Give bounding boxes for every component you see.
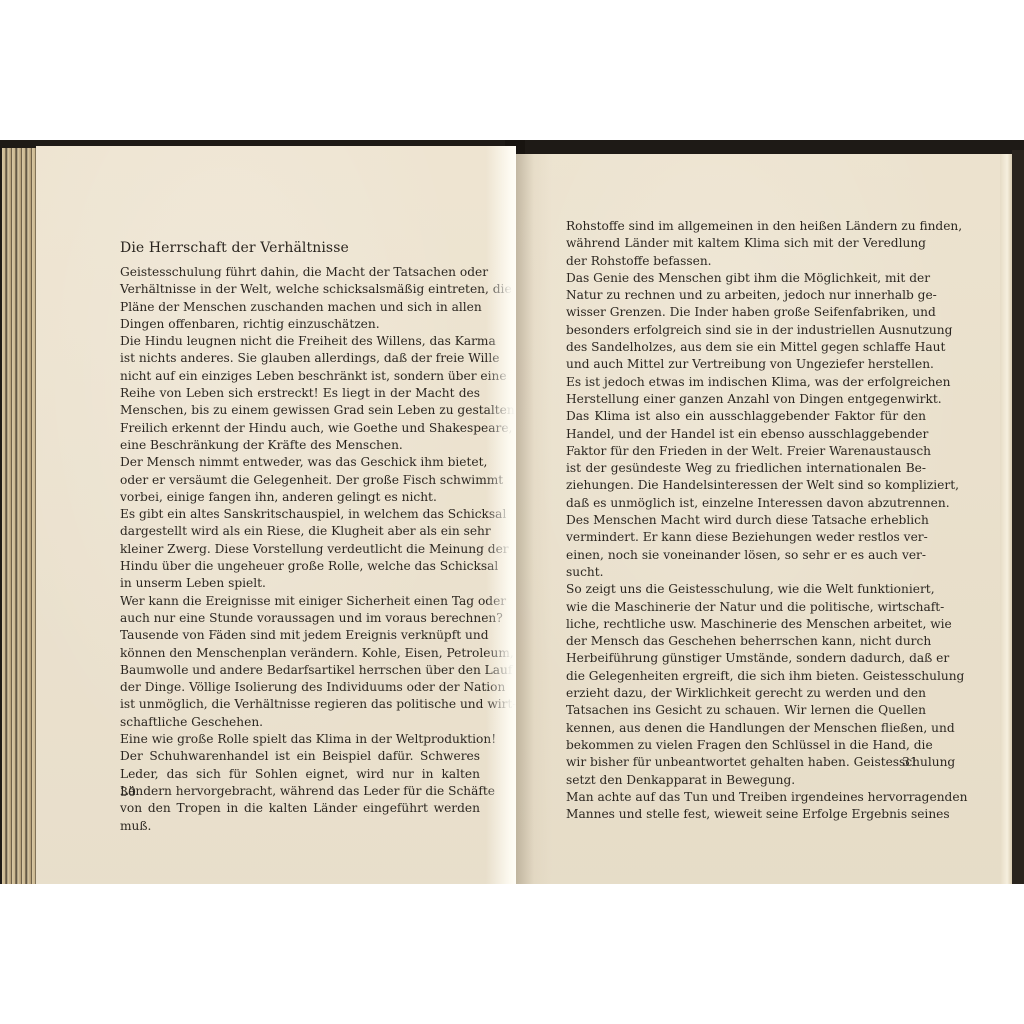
left-page: Die Herrschaft der Verhältnisse Geistess… [36,146,516,884]
paragraph: So zeigt uns die Geistesschulung, wie di… [566,581,926,789]
text-line: Hindu über die ungeheuer große Rolle, we… [120,558,480,575]
text-line: muß. [120,818,480,835]
text-line: sucht. [566,564,926,581]
page-number-left: 30 [120,784,136,799]
text-line: liche, rechtliche usw. Maschinerie des M… [566,616,926,633]
text-line: Baumwolle und andere Bedarfsartikel herr… [120,662,480,679]
text-line: Tatsachen ins Gesicht zu schauen. Wir le… [566,702,926,719]
text-line: vorbei, einige fangen ihn, anderen gelin… [120,489,480,506]
text-line: wir bisher für unbeantwortet gehalten ha… [566,754,926,771]
page-edges-left [2,148,36,884]
text-line: Es ist jedoch etwas im indischen Klima, … [566,374,926,391]
text-line: So zeigt uns die Geistesschulung, wie di… [566,581,926,598]
paragraph: Es gibt ein altes Sanskritschauspiel, in… [120,506,480,592]
text-line: bekommen zu vielen Fragen den Schlüssel … [566,737,926,754]
text-line: Der Schuhwarenhandel ist ein Beispiel da… [120,748,480,765]
text-line: Geistesschulung führt dahin, die Macht d… [120,264,480,281]
text-line: Natur zu rechnen und zu arbeiten, jedoch… [566,287,926,304]
text-line: Wer kann die Ereignisse mit einiger Sich… [120,593,480,610]
text-line: Eine wie große Rolle spielt das Klima in… [120,731,480,748]
page-number-right: 31 [902,754,918,769]
text-line: Des Menschen Macht wird durch diese Tats… [566,512,926,529]
text-line: Reihe von Leben sich erstreckt! Es liegt… [120,385,480,402]
text-line: wisser Grenzen. Die Inder haben große Se… [566,304,926,321]
chapter-heading: Die Herrschaft der Verhältnisse [120,238,480,258]
text-line: Herstellung einer ganzen Anzahl von Ding… [566,391,926,408]
text-line: können den Menschenplan verändern. Kohle… [120,645,480,662]
text-line: Der Mensch nimmt entweder, was das Gesch… [120,454,480,471]
paragraph: Geistesschulung führt dahin, die Macht d… [120,264,480,333]
text-line: daß es unmöglich ist, einzelne Interesse… [566,495,926,512]
text-line: kleiner Zwerg. Diese Vorstellung verdeut… [120,541,480,558]
text-line: wie die Maschinerie der Natur und die po… [566,599,926,616]
text-line: Das Genie des Menschen gibt ihm die Mögl… [566,270,926,287]
paragraph: Der Mensch nimmt entweder, was das Gesch… [120,454,480,506]
text-line: ziehungen. Die Handelsinteressen der Wel… [566,477,926,494]
text-line: Faktor für den Frieden in der Welt. Frei… [566,443,926,460]
paragraph: Das Genie des Menschen gibt ihm die Mögl… [566,270,926,581]
text-line: Die Hindu leugnen nicht die Freiheit des… [120,333,480,350]
text-line: Man achte auf das Tun und Treiben irgend… [566,789,926,806]
text-line: ist unmöglich, die Verhältnisse regieren… [120,696,480,713]
right-page-text: Rohstoffe sind im allgemeinen in den hei… [566,218,926,823]
paragraph: Man achte auf das Tun und Treiben irgend… [566,789,926,824]
text-line: vermindert. Er kann diese Beziehungen we… [566,529,926,546]
text-line: Dingen offenbaren, richtig einzuschätzen… [120,316,480,333]
text-line: Leder, das sich für Sohlen eignet, wird … [120,766,480,783]
text-line: die Gelegenheiten ergreift, die sich ihm… [566,668,926,685]
text-line: auch nur eine Stunde voraussagen und im … [120,610,480,627]
text-line: Handel, und der Handel ist ein ebenso au… [566,426,926,443]
text-line: der Dinge. Völlige Isolierung des Indivi… [120,679,480,696]
text-line: der Mensch das Geschehen beherrschen kan… [566,633,926,650]
page-edge-right [1012,150,1024,884]
text-line: des Sandelholzes, aus dem sie ein Mittel… [566,339,926,356]
text-line: erzieht dazu, der Wirklichkeit gerecht z… [566,685,926,702]
paragraph: Die Hindu leugnen nicht die Freiheit des… [120,333,480,454]
text-line: Rohstoffe sind im allgemeinen in den hei… [566,218,926,235]
text-line: Freilich erkennt der Hindu auch, wie Goe… [120,420,480,437]
text-line: Das Klima ist also ein ausschlaggebender… [566,408,926,425]
text-line: Verhältnisse in der Welt, welche schicks… [120,281,480,298]
text-line: Es gibt ein altes Sanskritschauspiel, in… [120,506,480,523]
left-page-text: Die Herrschaft der Verhältnisse Geistess… [120,238,480,835]
text-line: einen, noch sie voneinander lösen, so se… [566,547,926,564]
text-line: ist der gesündeste Weg zu friedlichen in… [566,460,926,477]
text-line: während Länder mit kaltem Klima sich mit… [566,235,926,252]
text-line: und auch Mittel zur Vertreibung von Unge… [566,356,926,373]
paragraph: Rohstoffe sind im allgemeinen in den hei… [566,218,926,270]
text-line: ist nichts anderes. Sie glauben allerdin… [120,350,480,367]
text-line: besonders erfolgreich sind sie in der in… [566,322,926,339]
left-paragraphs: Geistesschulung führt dahin, die Macht d… [120,264,480,835]
right-page: Rohstoffe sind im allgemeinen in den hei… [516,154,1012,884]
text-line: schaftliche Geschehen. [120,714,480,731]
text-line: Herbeiführung günstiger Umstände, sonder… [566,650,926,667]
text-line: dargestellt wird als ein Riese, die Klug… [120,523,480,540]
text-line: kennen, aus denen die Handlungen der Men… [566,720,926,737]
text-line: Mannes und stelle fest, wieweit seine Er… [566,806,926,823]
text-line: Pläne der Menschen zuschanden machen und… [120,299,480,316]
text-line: von den Tropen in die kalten Länder eing… [120,800,480,817]
text-line: in unserm Leben spielt. [120,575,480,592]
paragraph: Eine wie große Rolle spielt das Klima in… [120,731,480,835]
paragraph: Wer kann die Ereignisse mit einiger Sich… [120,593,480,731]
text-line: oder er versäumt die Gelegenheit. Der gr… [120,472,480,489]
right-paragraphs: Rohstoffe sind im allgemeinen in den hei… [566,218,926,823]
open-book: Die Herrschaft der Verhältnisse Geistess… [0,140,1024,884]
text-line: Ländern hervorgebracht, während das Lede… [120,783,480,800]
text-line: setzt den Denkapparat in Bewegung. [566,772,926,789]
text-line: Menschen, bis zu einem gewissen Grad sei… [120,402,480,419]
text-line: eine Beschränkung der Kräfte des Mensche… [120,437,480,454]
text-line: der Rohstoffe befassen. [566,253,926,270]
text-line: nicht auf ein einziges Leben beschränkt … [120,368,480,385]
text-line: Tausende von Fäden sind mit jedem Ereign… [120,627,480,644]
